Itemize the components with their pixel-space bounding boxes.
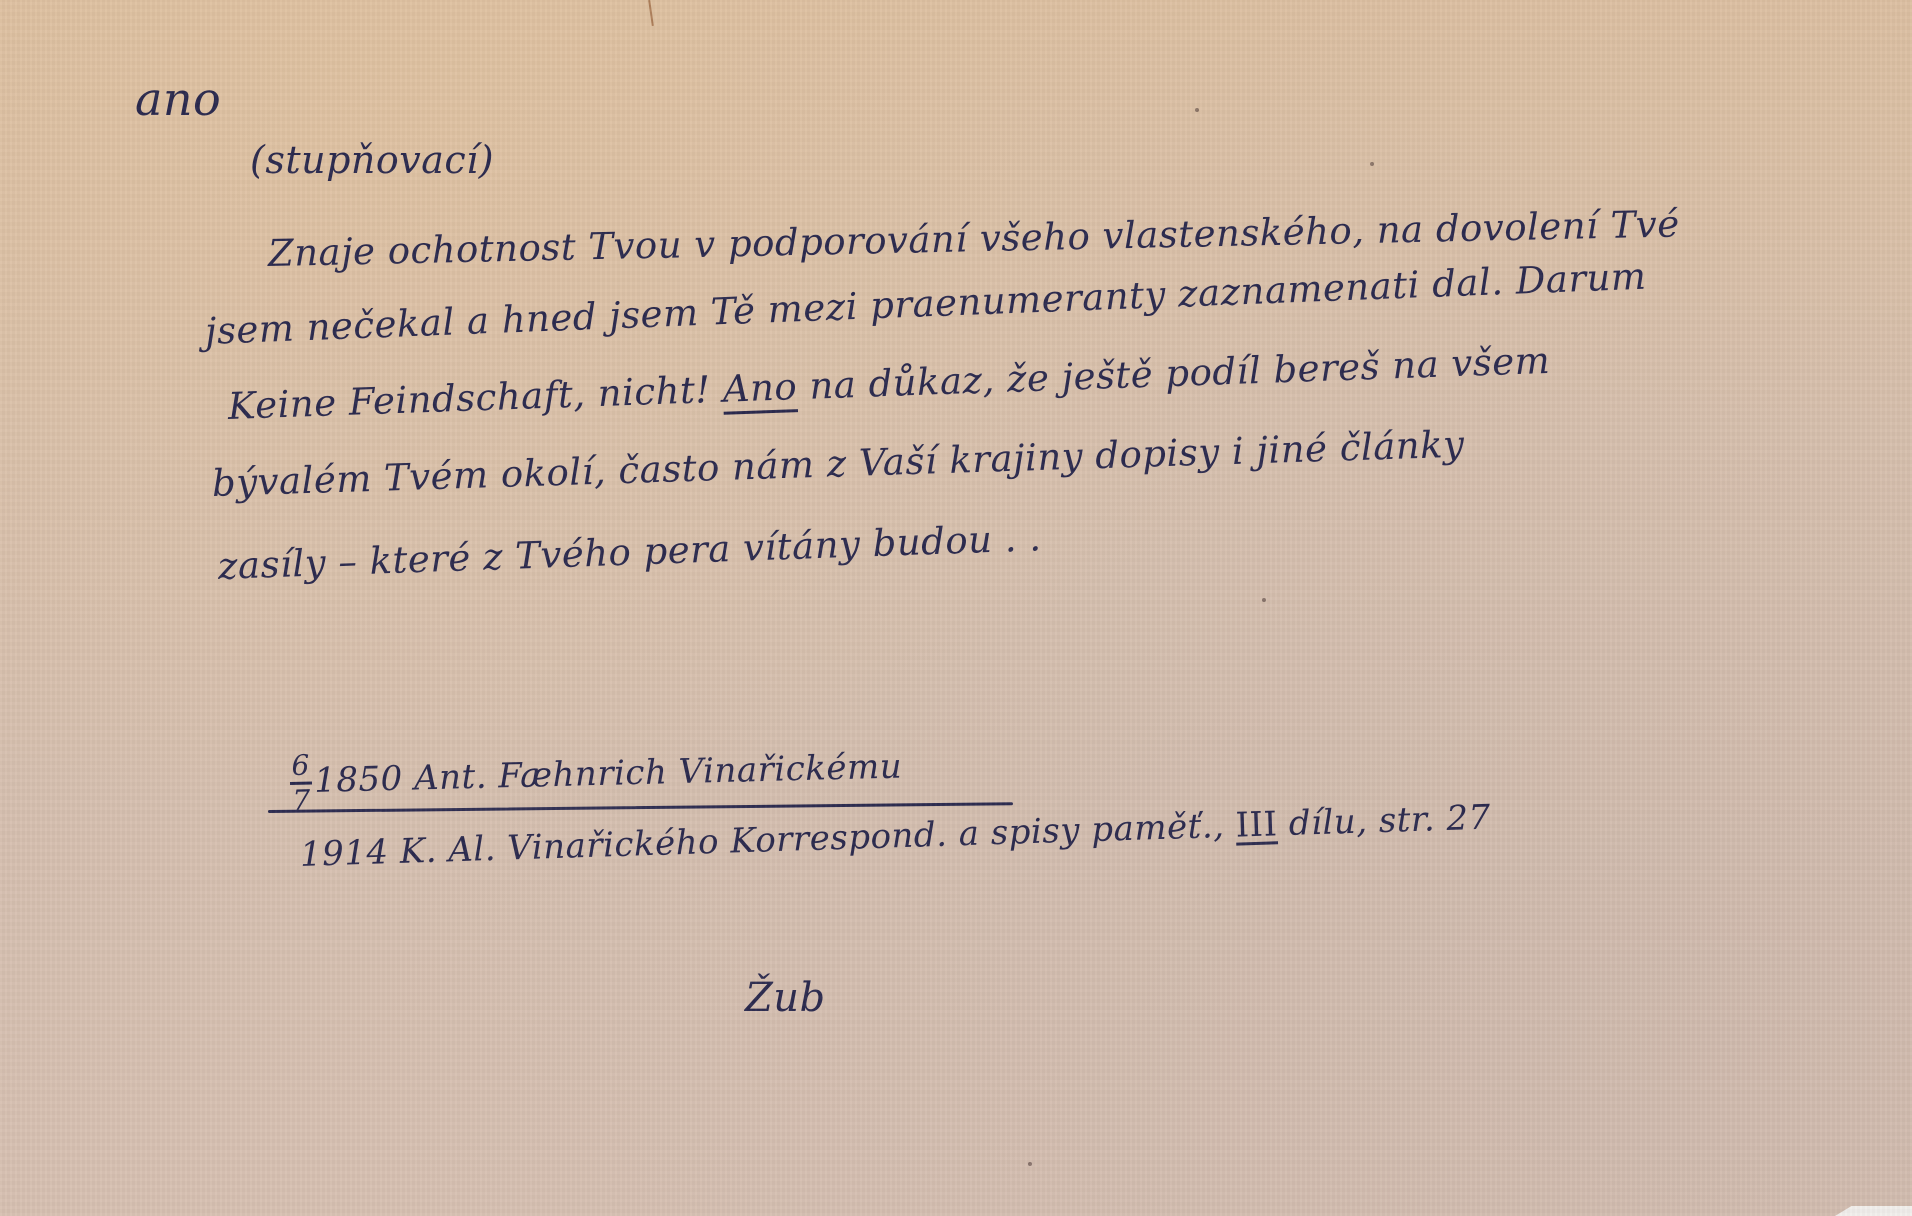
paper-speck: [1262, 598, 1266, 602]
index-card: ano (stupňovací) Znaje ochotnost Tvou v …: [0, 0, 1912, 1216]
card-corner-edge: [1802, 1206, 1912, 1216]
excerptor-signature: Žub: [745, 975, 826, 1021]
date-day: 6: [289, 751, 312, 785]
source-author-recipient: Ant. Fæhnrich Vinařickému: [414, 747, 903, 799]
quote-line-3: Keine Feindschaft, nicht! Ano na důkaz, …: [227, 339, 1551, 428]
quote-line-4: bývalém Tvém okolí, často nám z Vaší kra…: [211, 423, 1465, 505]
paper-crease: [648, 0, 654, 26]
source-volume: III: [1235, 804, 1278, 845]
quote-line-5: zasíly – které z Tvého pera vítány budou…: [217, 516, 1042, 588]
quote-line-3-before: Keine Feindschaft, nicht!: [227, 368, 723, 428]
paper-speck: [1028, 1162, 1032, 1166]
paper-speck: [1195, 108, 1199, 112]
date-fraction: 6 7: [289, 751, 313, 815]
source-publication: 1914 K. Al. Vinařického Korrespond. a sp…: [299, 806, 1236, 875]
quote-line-3-after: na důkaz, že ještě podíl bereš na všem: [796, 339, 1551, 408]
underlined-headword: Ano: [722, 365, 798, 411]
usage-category: (stupňovací): [250, 138, 494, 182]
paper-speck: [1370, 162, 1374, 166]
source-year: 1850: [314, 759, 403, 801]
source-page: dílu, str. 27: [1277, 798, 1491, 845]
headword: ano: [135, 72, 221, 126]
source-line-1: 6 7 1850 Ant. Fæhnrich Vinařickému: [289, 737, 903, 815]
